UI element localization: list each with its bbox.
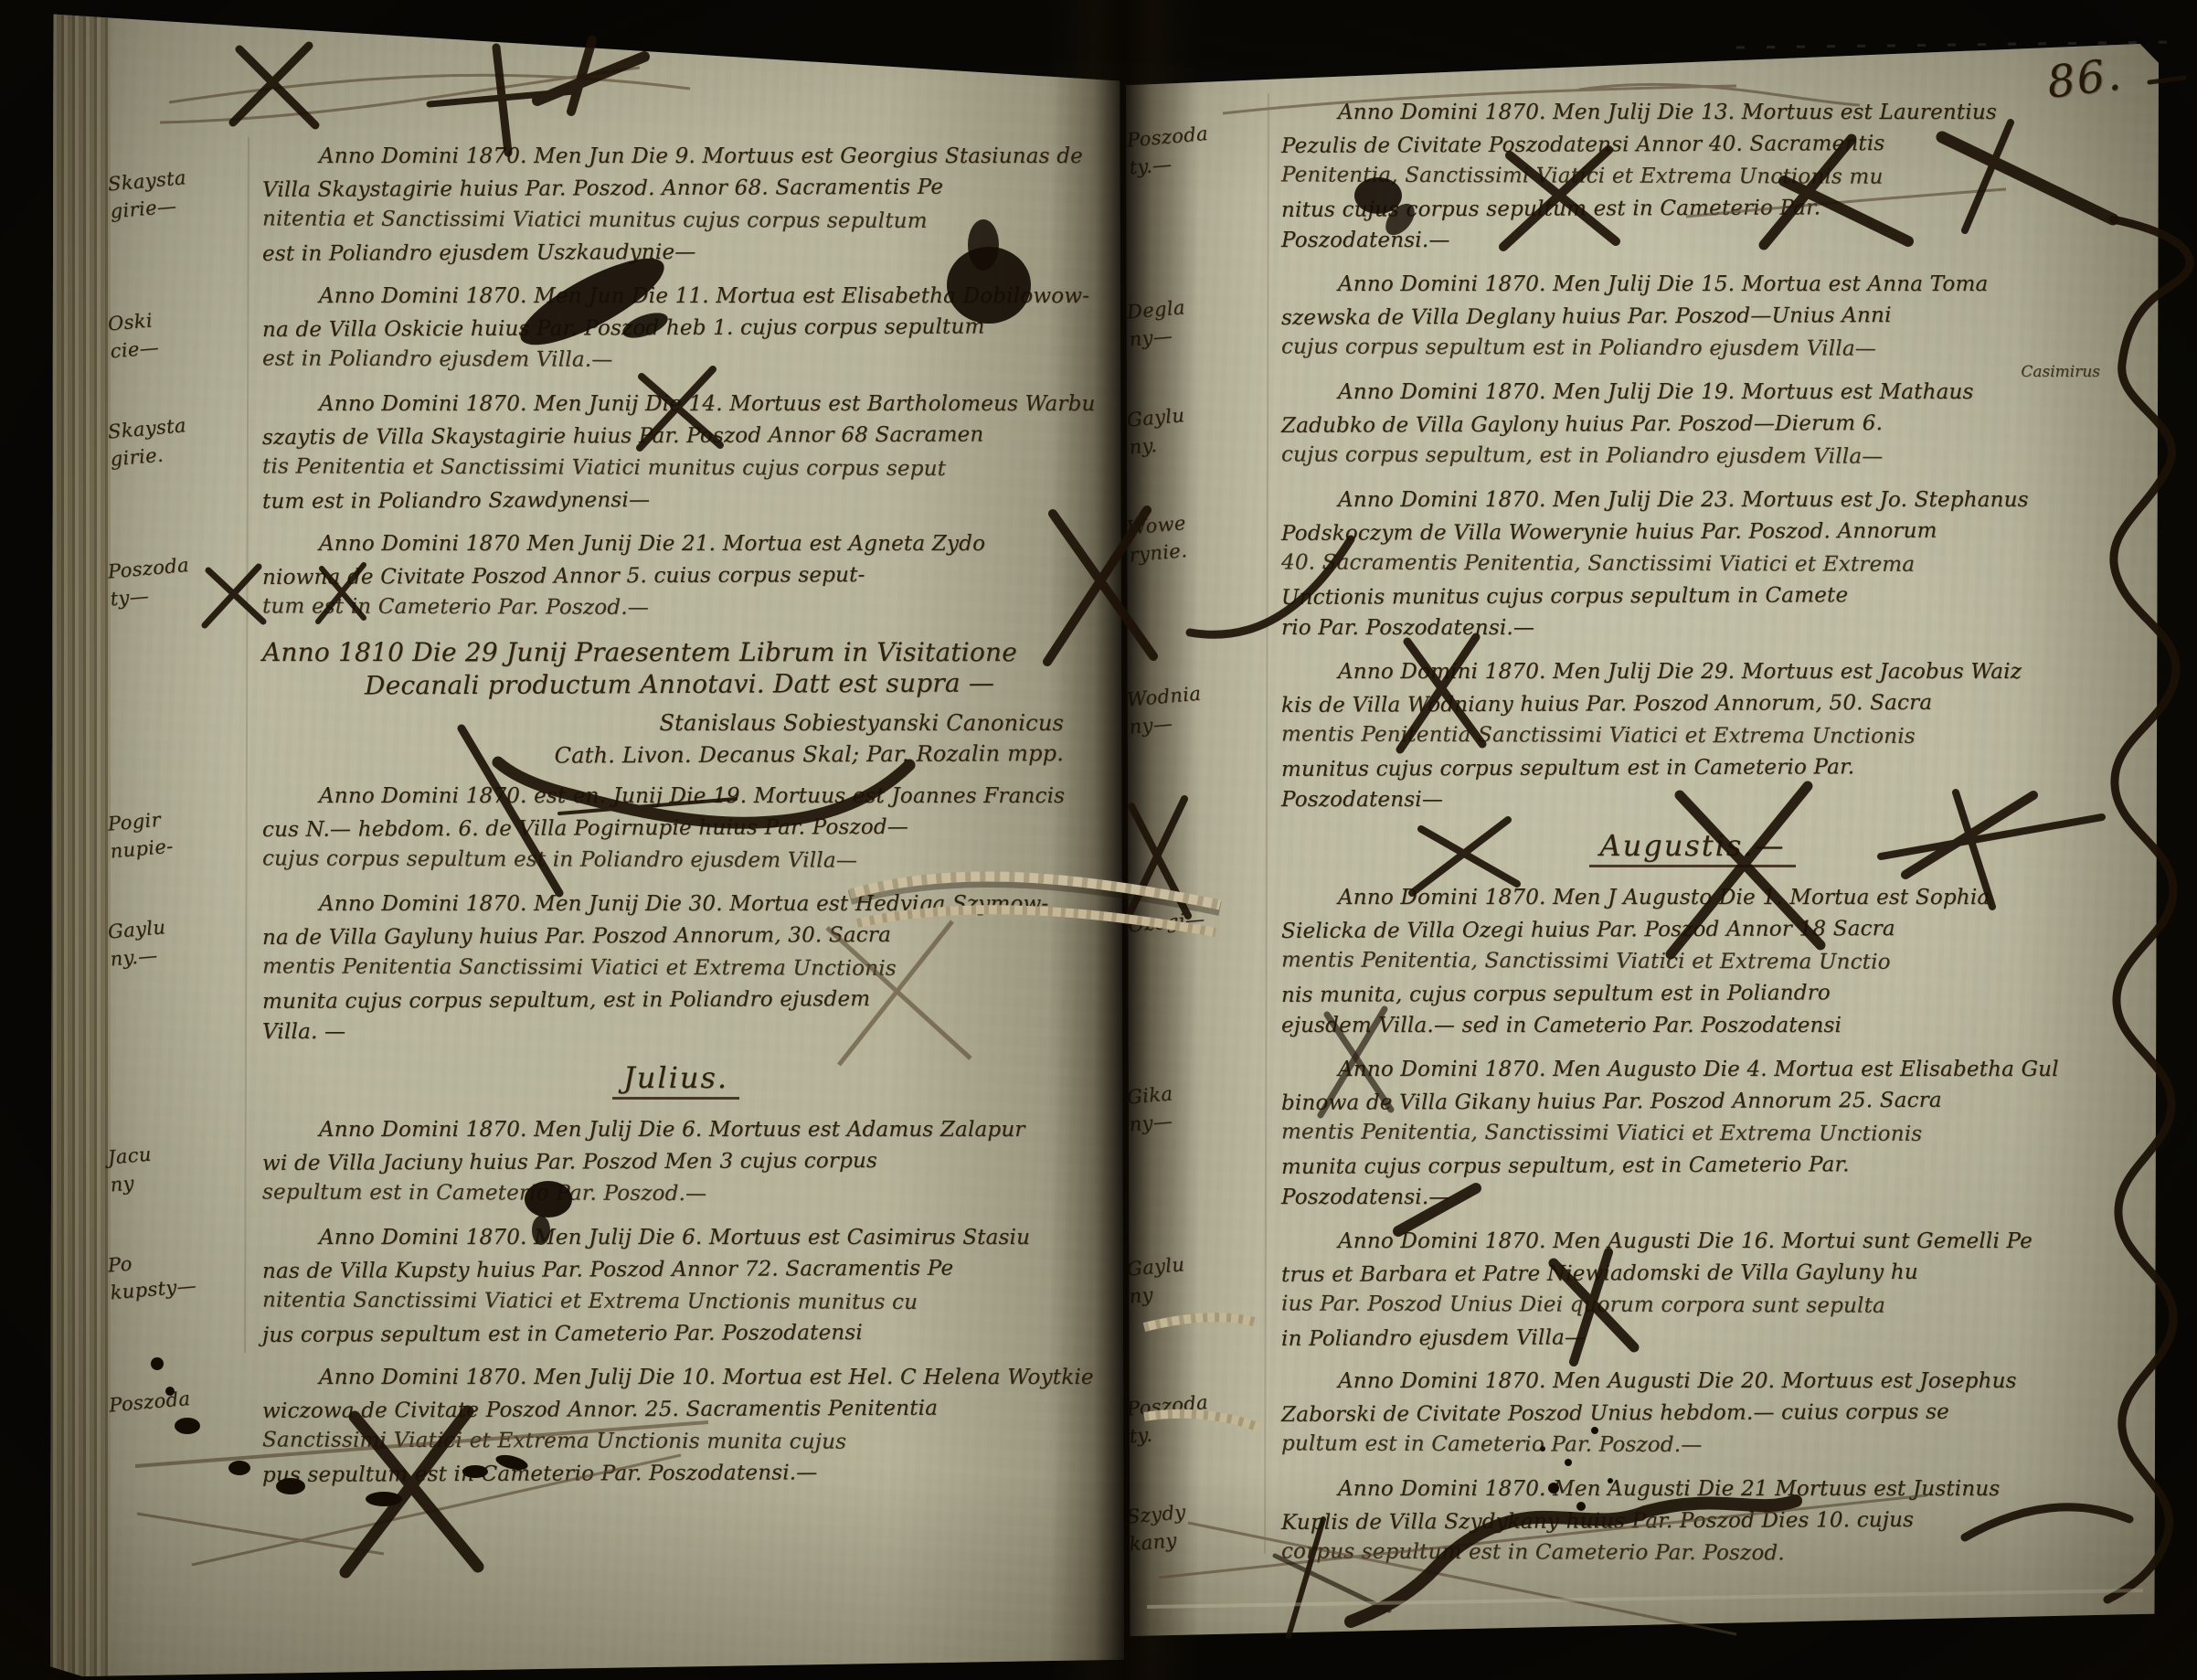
margin-place-label: Gikany—	[1126, 1071, 1269, 1138]
entry-line: munita cujus corpus sepultum, est in Pol…	[262, 983, 1089, 1018]
margin-place-label: Poszodaty.	[1126, 1383, 1269, 1450]
entry-line: Anno Domini 1870 Men Junij Die 21. Mortu…	[262, 528, 1089, 560]
margin-place-label: Ozegi—	[1127, 899, 1268, 939]
entry-line: cujus corpus sepultum est in Poliandro e…	[262, 843, 1089, 877]
burial-record: Gayluny.CasimirusAnno Domini 1870. Men J…	[1281, 377, 2104, 473]
entry-line: pultum est in Cameterio Par. Poszod.—	[1281, 1428, 2104, 1462]
entry-line: mentis Penitentia, Sanctissimi Viatici e…	[1281, 1116, 2104, 1151]
entry-line: Stanislaus Sobiestyanski Canonicus	[262, 707, 1064, 739]
entry-line: kis de Villa Wodniany huius Par. Poszod …	[1281, 686, 2104, 722]
entry-line: Anno 1810 Die 29 Junij Praesentem Librum…	[262, 636, 1089, 668]
signature: Stanislaus Sobiestyanski CanonicusCath. …	[262, 707, 1089, 771]
entry-line: wiczowa de Civitate Poszod Annor. 25. Sa…	[262, 1392, 1089, 1428]
entry-line: Anno Domini 1870. Men Augusto Die 4. Mor…	[1281, 1054, 2104, 1086]
left-page-entries: Skaystagirie—Anno Domini 1870. Men Jun D…	[262, 141, 1089, 1502]
entry-line: cus N.— hebdom. 6. de Villa Pogirnupie h…	[262, 811, 1089, 846]
margin-place-label: Wowerynie.	[1126, 502, 1269, 569]
entry-line: tum est in Poliandro Szawdynensi—	[262, 483, 1089, 518]
entry-line: est in Poliandro ejusdem Villa.—	[262, 343, 1089, 377]
month-heading: Julius.	[262, 1060, 1089, 1100]
entry-line: Unctionis munitus cujus corpus sepultum …	[1281, 579, 2104, 614]
entry-line: cujus corpus sepultum est in Poliandro e…	[1281, 331, 2104, 366]
entry-line: mentis Penitentia, Sanctissimi Viatici e…	[1281, 944, 2104, 979]
margin-place-label: Pokupsty—	[107, 1239, 250, 1306]
burial-record: Ozegi—Anno Domini 1870. Men J Augusto Di…	[1281, 882, 2104, 1042]
margin-place-label: Poszoda	[108, 1379, 249, 1419]
entry-line: Anno Domini 1870. Men Julij Die 15. Mort…	[1281, 269, 2104, 301]
entry-line: Villa Skaystagirie huius Par. Poszod. An…	[262, 171, 1089, 207]
entry-line: Cath. Livon. Decanus Skal; Par. Rozalin …	[262, 738, 1064, 773]
entry-line: Pezulis de Civitate Poszodatensi Annor 4…	[1281, 127, 2104, 163]
entry-line: rio Par. Poszodatensi.—	[1281, 612, 2104, 644]
entry-line: Anno Domini 1870. Men Julij Die 6. Mortu…	[262, 1222, 1089, 1254]
entry-line: nitentia et Sanctissimi Viatici munitus …	[262, 203, 1089, 238]
entry-line: Decanali productum Annotavi. Datt est su…	[262, 666, 1089, 702]
entry-line: mentis Penitentia Sanctissimi Viatici et…	[1281, 718, 2104, 753]
margin-place-label: Gayluny.	[1126, 394, 1269, 461]
entry-line: wi de Villa Jaciuny huius Par. Poszod Me…	[262, 1144, 1089, 1180]
right-page-entries: Poszodaty.—Anno Domini 1870. Men Julij D…	[1281, 97, 2104, 1581]
entry-line: mentis Penitentia Sanctissimi Viatici et…	[262, 951, 1089, 985]
entry-line: szaytis de Villa Skaystagirie huius Par.…	[262, 419, 1089, 454]
entry-line: Sielicka de Villa Ozegi huius Par. Poszo…	[1281, 912, 2104, 948]
entry-line: Poszodatensi.—	[1281, 1182, 2104, 1214]
burial-record: SzydykanyAnno Domini 1870. Men Augusti D…	[1281, 1473, 2104, 1569]
margin-place-label: Skaystagirie—	[107, 158, 250, 225]
entry-line: Penitentia, Sanctissimi Viatici et Extre…	[1281, 159, 2104, 194]
entry-line: ejusdem Villa.— sed in Cameterio Par. Po…	[1281, 1010, 2104, 1042]
entry-line: Anno Domini 1870. Men Julij Die 13. Mort…	[1281, 97, 2104, 129]
entry-line: Kuplis de Villa Szydykany huius Par. Pos…	[1281, 1504, 2104, 1539]
entry-line: Poszodatensi—	[1281, 784, 2104, 816]
entry-line: Anno Domini 1870. Men Augusti Die 16. Mo…	[1281, 1226, 2104, 1258]
entry-line: pus sepultum est in Cameterio Par. Poszo…	[262, 1456, 1089, 1492]
entry-line: Anno Domini 1870. Men Julij Die 29. Mort…	[1281, 656, 2104, 688]
entry-line: Anno Domini 1870. Men Augusti Die 20. Mo…	[1281, 1366, 2104, 1398]
right-page: 86. Poszodaty.—Anno Domini 1870. Men Jul…	[1126, 44, 2159, 1636]
entry-line: Anno Domini 1870. Men Augusti Die 21 Mor…	[1281, 1473, 2104, 1505]
book-scan: Skaystagirie—Anno Domini 1870. Men Jun D…	[0, 0, 2197, 1680]
entry-line: munitus cujus corpus sepultum est in Cam…	[1281, 750, 2104, 786]
page-edges-stack	[50, 11, 111, 1676]
margin-place-label: Szydykany	[1126, 1491, 1269, 1558]
entry-line: nis munita, cujus corpus sepultum est in…	[1281, 976, 2104, 1012]
burial-record: Poszodaty.—Anno Domini 1870. Men Julij D…	[1281, 97, 2104, 257]
burial-record: Poszodaty.Anno Domini 1870. Men Augusti …	[1281, 1366, 2104, 1462]
entry-line: na de Villa Oskicie huius Par. Poszod he…	[262, 311, 1089, 346]
entry-line: corpus sepultum est in Cameterio Par. Po…	[1281, 1536, 2104, 1570]
entry-line: tum est in Cameterio Par. Poszod.—	[262, 590, 1089, 625]
entry-line: Podskoczym de Villa Wowerynie huius Par.…	[1281, 515, 2104, 550]
entry-line: Anno Domini 1870. Men J Augusto Die 1. M…	[1281, 882, 2104, 914]
entry-line: Anno Domini 1870. Men Julij Die 10. Mort…	[262, 1362, 1089, 1394]
burial-record: Pokupsty—Anno Domini 1870. Men Julij Die…	[262, 1222, 1089, 1350]
entry-line: cujus corpus sepultum, est in Poliandro …	[1281, 439, 2104, 473]
entry-line: jus corpus sepultum est in Cameterio Par…	[262, 1316, 1089, 1352]
entry-line: trus et Barbara et Patre Niewiadomski de…	[1281, 1256, 2104, 1292]
month-heading-text: Julius.	[612, 1060, 739, 1100]
entry-line: 40. Sacramentis Penitentia, Sanctissimi …	[1281, 547, 2104, 581]
burial-record: Wodniany—Anno Domini 1870. Men Julij Die…	[1281, 656, 2104, 816]
entry-line: ius Par. Poszod Unius Diei quorum corpor…	[1281, 1288, 2104, 1323]
burial-record: Skaystagirie—Anno Domini 1870. Men Jun D…	[262, 141, 1089, 269]
burial-record: Skaystagirie.Anno Domini 1870. Men Junij…	[262, 388, 1089, 516]
entry-line: Zadubko de Villa Gaylony huius Par. Posz…	[1281, 407, 2104, 442]
visitation-note: Anno 1810 Die 29 Junij Praesentem Librum…	[262, 636, 1089, 700]
entry-line: Anno Domini 1870. Men Junij Die 14. Mort…	[262, 388, 1089, 420]
burial-record: PoszodaAnno Domini 1870. Men Julij Die 1…	[262, 1362, 1089, 1490]
burial-record: JacunyAnno Domini 1870. Men Julij Die 6.…	[262, 1114, 1089, 1210]
page-number: 86.	[2044, 48, 2126, 109]
burial-record: Poszodaty—Anno Domini 1870 Men Junij Die…	[262, 528, 1089, 624]
interline-note: Casimirus	[2021, 363, 2100, 381]
left-page: Skaystagirie—Anno Domini 1870. Men Jun D…	[50, 11, 1124, 1676]
entry-line: Anno Domini 1870. Men Julij Die 23. Mort…	[1281, 484, 2104, 516]
entry-line: munita cujus corpus sepultum, est in Cam…	[1281, 1148, 2104, 1184]
entry-line: Anno Domini 1870. Men Julij Die 6. Mortu…	[262, 1114, 1089, 1146]
entry-line: na de Villa Gayluny huius Par. Poszod An…	[262, 919, 1089, 954]
entry-line: nitus cujus corpus sepultum est in Camet…	[1281, 191, 2104, 227]
entry-line: nas de Villa Kupsty huius Par. Poszod An…	[262, 1252, 1089, 1288]
month-heading-text: Augustis.—	[1589, 828, 1797, 867]
entry-line: Sanctissimi Viatici et Extrema Unctionis…	[262, 1424, 1089, 1459]
margin-place-label: Deglany—	[1126, 286, 1269, 353]
entry-line: in Poliandro ejusdem Villa—	[1281, 1320, 2104, 1356]
margin-place-label: Wodniany—	[1126, 674, 1269, 740]
burial-record: GaylunyAnno Domini 1870. Men Augusti Die…	[1281, 1226, 2104, 1354]
entry-line: sepultum est in Cameterio Par. Poszod.—	[262, 1176, 1089, 1211]
margin-place-label: Jacuny	[107, 1132, 250, 1198]
entry-line: Anno Domini 1870. Men Junij Die 30. Mort…	[262, 888, 1089, 920]
margin-place-label: Poszodaty—	[107, 546, 250, 612]
burial-record: Wowerynie.Anno Domini 1870. Men Julij Di…	[1281, 484, 2104, 644]
entry-line: Anno Domini 1870. Men Julij Die 19. Mort…	[1281, 377, 2104, 409]
entry-line: binowa de Villa Gikany huius Par. Poszod…	[1281, 1084, 2104, 1120]
burial-record: Gayluny.—Anno Domini 1870. Men Junij Die…	[262, 888, 1089, 1048]
entry-line: Anno Domini 1870. est en. Junij Die 19. …	[262, 781, 1089, 813]
margin-place-label: Gayluny	[1126, 1243, 1269, 1310]
entry-line: Villa. —	[262, 1016, 1089, 1048]
margin-place-label: Oskicie—	[107, 298, 250, 365]
burial-record: Deglany—Anno Domini 1870. Men Julij Die …	[1281, 269, 2104, 365]
entry-line: Anno Domini 1870. Men Jun Die 11. Mortua…	[262, 281, 1089, 313]
month-heading: Augustis.—	[1281, 828, 2104, 867]
entry-line: Anno Domini 1870. Men Jun Die 9. Mortuus…	[262, 141, 1089, 173]
entry-line: Zaborski de Civitate Poszod Unius hebdom…	[1281, 1396, 2104, 1431]
entry-line: est in Poliandro ejusdem Uszkaudynie—	[262, 235, 1089, 271]
margin-place-label: Gayluny.—	[107, 906, 250, 973]
entry-line: tis Penitentia et Sanctissimi Viatici mu…	[262, 451, 1089, 485]
entry-line: nitentia Sanctissimi Viatici et Extrema …	[262, 1284, 1089, 1319]
burial-record: Oskicie—Anno Domini 1870. Men Jun Die 11…	[262, 281, 1089, 377]
margin-place-label: Poszodaty.—	[1126, 114, 1269, 181]
margin-place-label: Skaystagirie.	[107, 406, 250, 473]
margin-place-label: Pogirnupie-	[107, 798, 250, 865]
entry-line: niowna de Civitate Poszod Annor 5. cuius…	[262, 558, 1089, 594]
burial-record: Gikany—Anno Domini 1870. Men Augusto Die…	[1281, 1054, 2104, 1214]
entry-line: Poszodatensi.—	[1281, 225, 2104, 257]
burial-record: Pogirnupie-Anno Domini 1870. est en. Jun…	[262, 781, 1089, 877]
entry-line: szewska de Villa Deglany huius Par. Posz…	[1281, 299, 2104, 335]
